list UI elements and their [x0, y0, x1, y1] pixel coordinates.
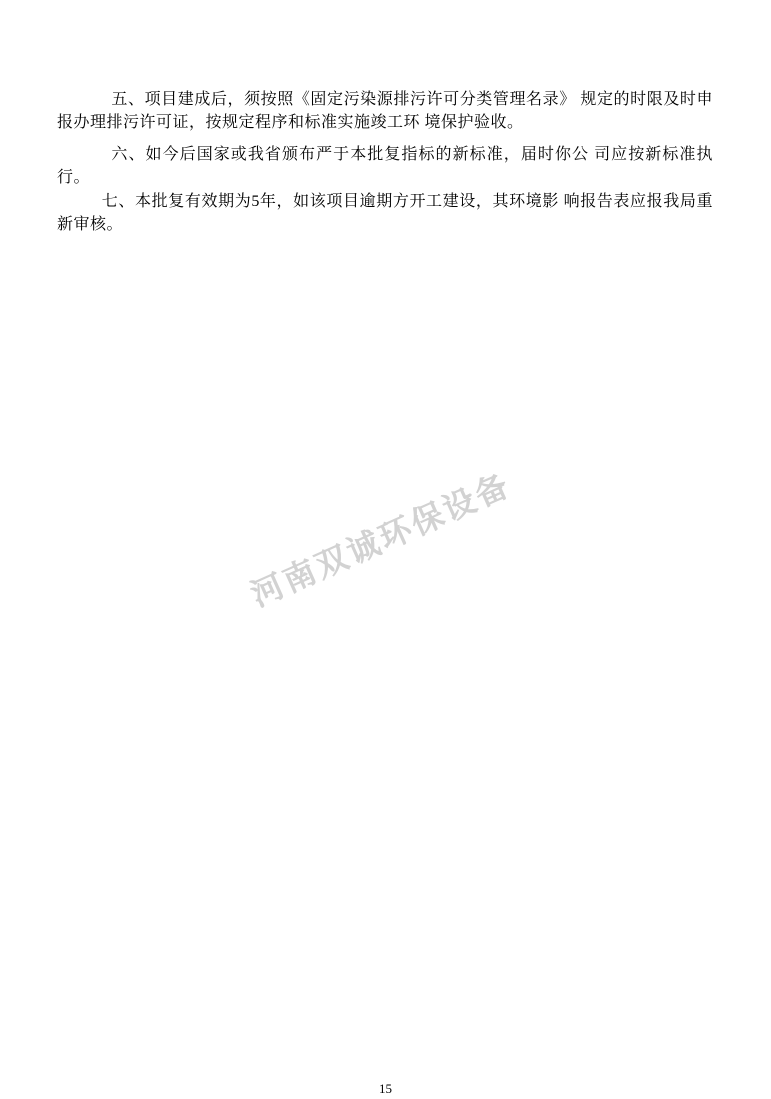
paragraph-item-6: 六、如今后国家或我省颁布严于本批复指标的新标准，届时你公 司应按新标准执行。	[57, 143, 713, 189]
page-number: 15	[0, 1081, 771, 1097]
paragraph-item-7: 七、本批复有效期为5年，如该项目逾期方开工建设，其环境影 响报告表应报我局重新审…	[57, 190, 713, 236]
document-body: 五、项目建成后，须按照《固定污染源排污许可分类管理名录》 规定的时限及时申报办理…	[57, 88, 713, 236]
watermark-text: 河南双诚环保设备	[243, 460, 518, 616]
document-page: 五、项目建成后，须按照《固定污染源排污许可分类管理名录》 规定的时限及时申报办理…	[0, 0, 771, 1099]
paragraph-item-5: 五、项目建成后，须按照《固定污染源排污许可分类管理名录》 规定的时限及时申报办理…	[57, 88, 713, 134]
